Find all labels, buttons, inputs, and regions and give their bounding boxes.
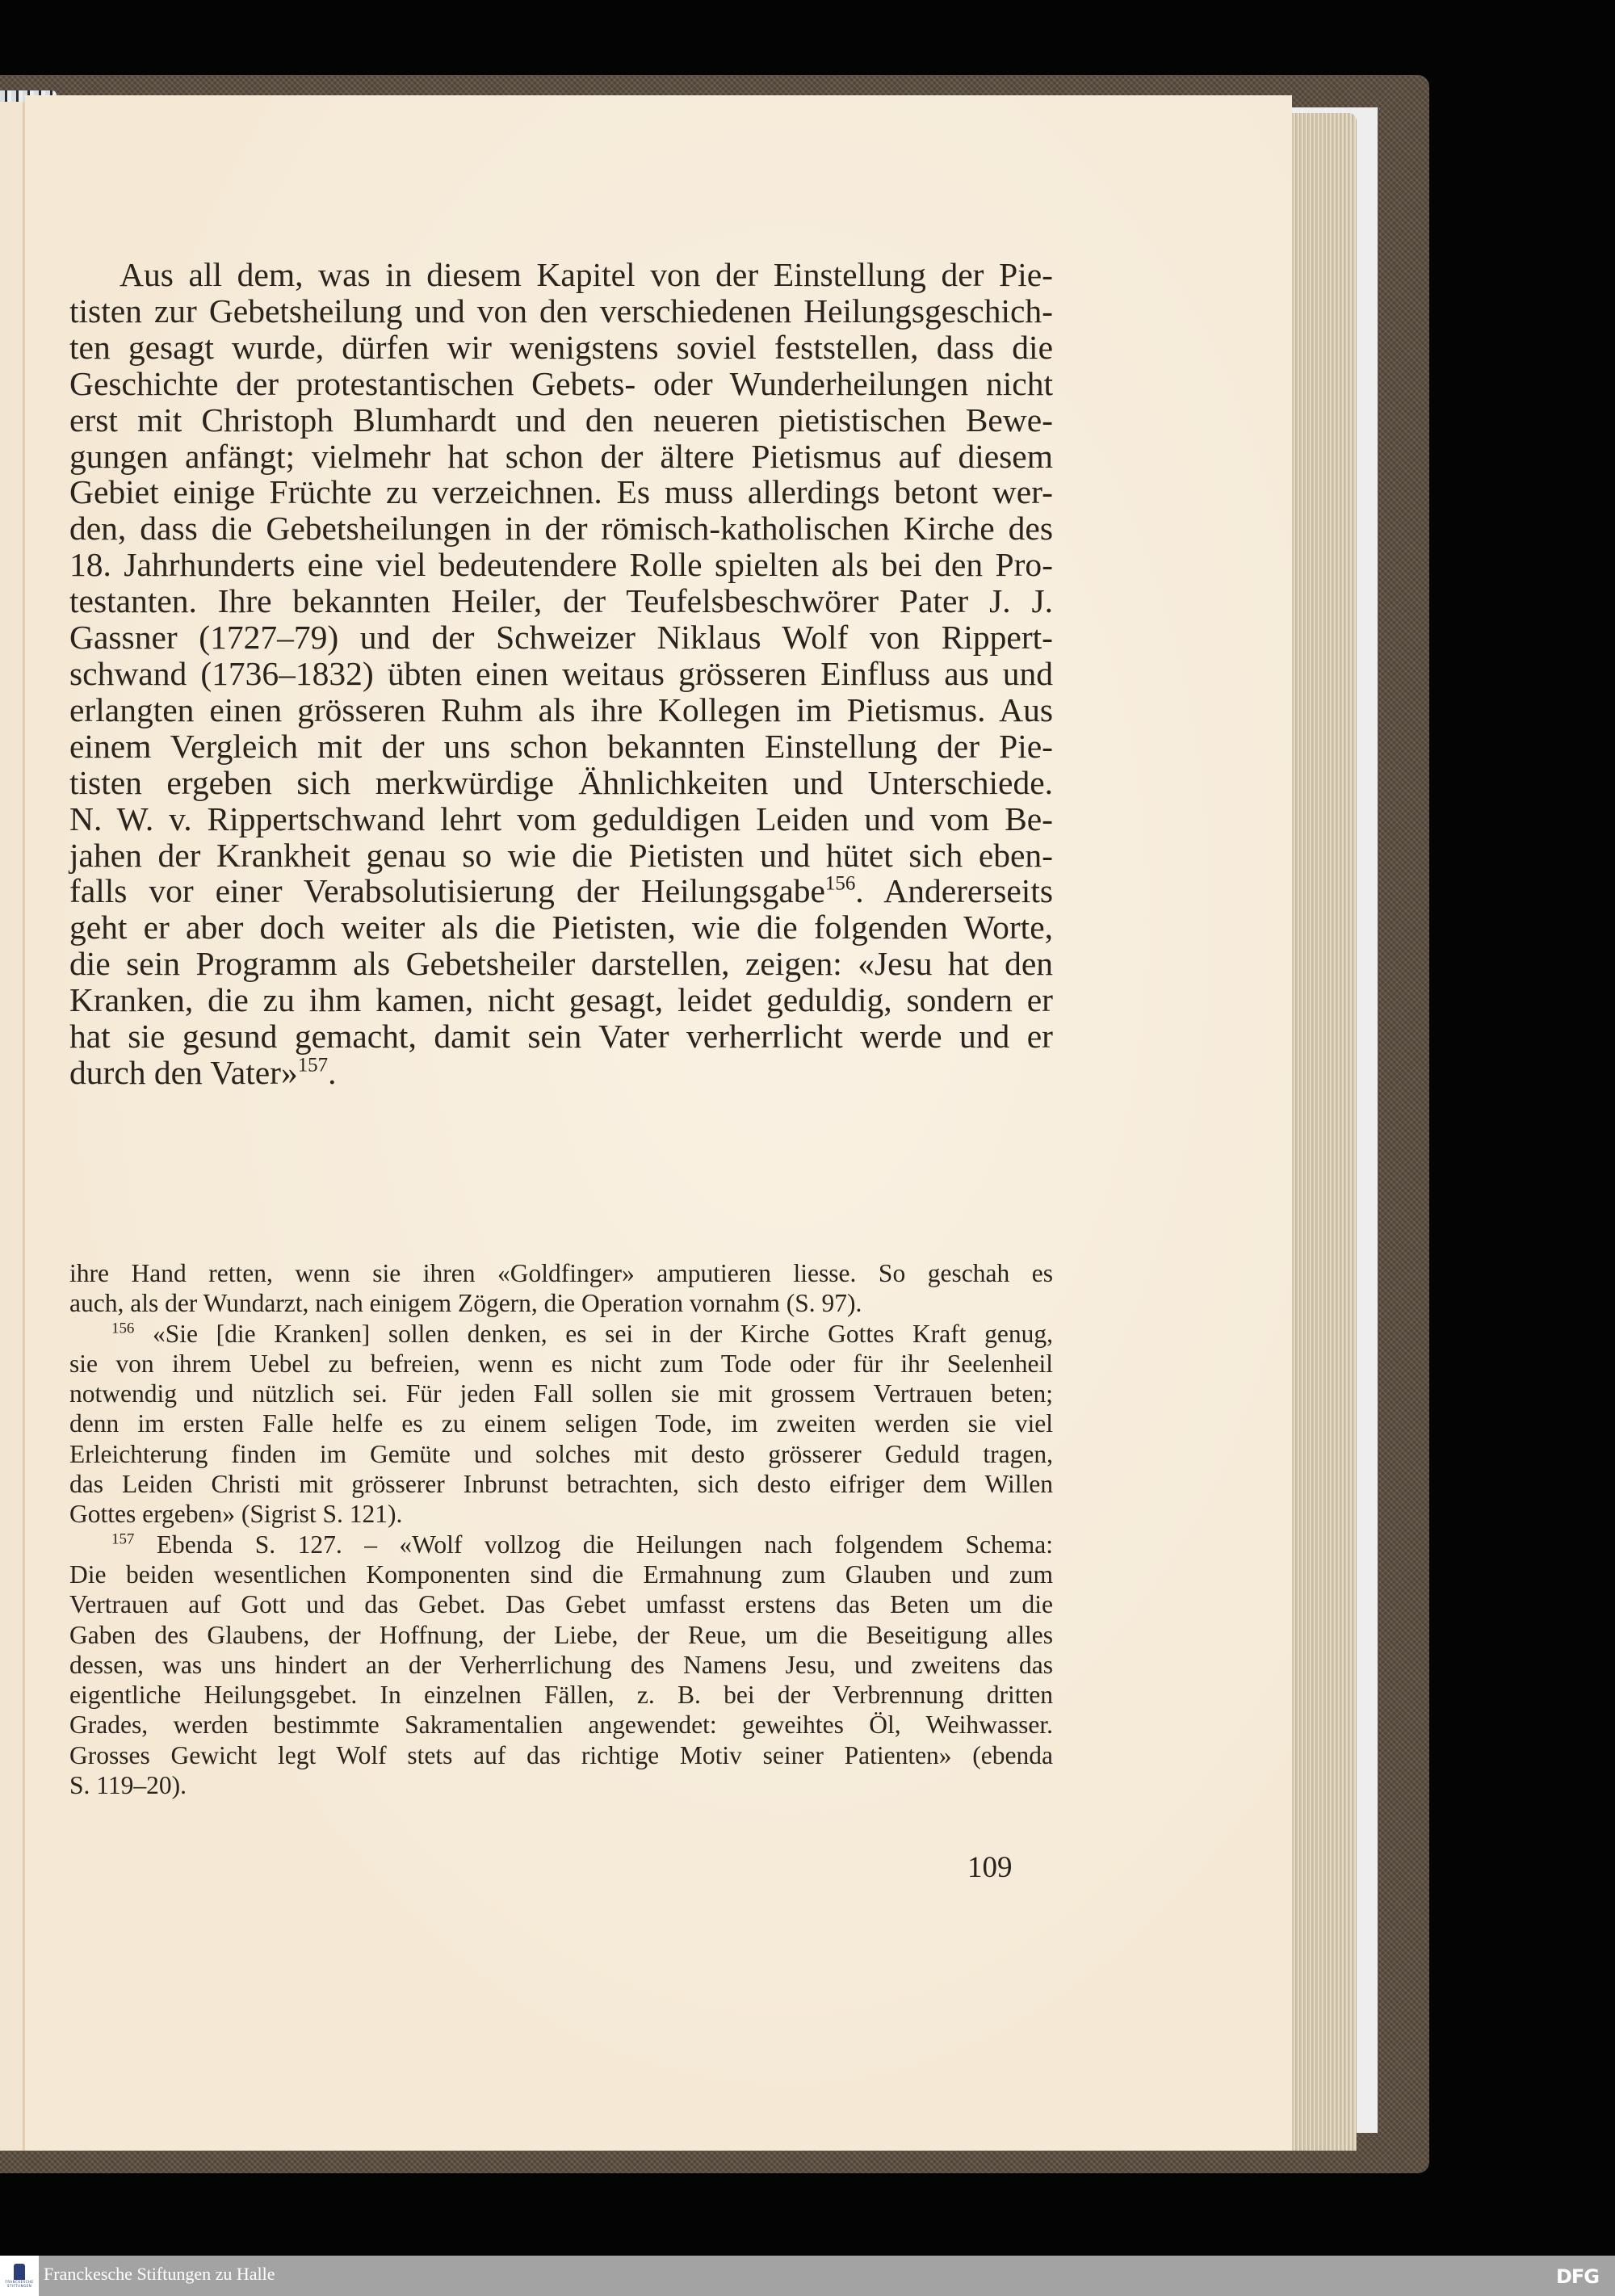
text-line: testanten. Ihre bekannten Heiler, der Te…: [69, 583, 1053, 619]
text-line: falls vor einer Verabsolutisierung der H…: [69, 873, 1053, 909]
institution-name[interactable]: Franckesche Stiftungen zu Halle: [44, 2264, 275, 2285]
footnote-line: Erleichterung finden im Gemüte und solch…: [69, 1439, 1053, 1469]
text-line: tisten ergeben sich merkwürdige Ähnlichk…: [69, 765, 1053, 801]
francke-logo[interactable]: FRANCKESCHE STIFTUNGEN: [0, 2256, 39, 2296]
line-text: . Andererseits: [855, 872, 1053, 909]
book-page: Aus all dem, was in diesem Kapitel von d…: [25, 95, 1292, 2151]
footnote-ref-157[interactable]: 157: [298, 1055, 328, 1077]
statue-icon: [14, 2264, 25, 2280]
footnote-line: das Leiden Christi mit grösserer Inbruns…: [69, 1469, 1053, 1499]
footnote-line: Gottes ergeben» (Sigrist S. 121).: [69, 1499, 1053, 1529]
page-number: 109: [967, 1850, 1013, 1885]
text-line: geht er aber doch weiter als die Pietist…: [69, 909, 1053, 946]
text-line: hat sie gesund gemacht, damit sein Vater…: [69, 1018, 1053, 1055]
text-line: Aus all dem, was in diesem Kapitel von d…: [69, 257, 1053, 293]
line-text: .: [328, 1054, 336, 1091]
text-line: ten gesagt wurde, dürfen wir wenigstens …: [69, 329, 1053, 366]
text-line: gungen anfängt; vielmehr hat schon der ä…: [69, 439, 1053, 475]
footnote-156: 156 «Sie [die Kranken] sollen denken, es…: [69, 1319, 1053, 1349]
footnote-line: eigentliche Heilungsgebet. In einzelnen …: [69, 1680, 1053, 1710]
text-line: Geschichte der protestantischen Gebets- …: [69, 366, 1053, 402]
facing-page-edge: [0, 95, 25, 2151]
footnote-line: auch, als der Wundarzt, nach einigem Zög…: [69, 1288, 1053, 1318]
footnote-line: Vertrauen auf Gott und das Gebet. Das Ge…: [69, 1589, 1053, 1619]
dfg-logo[interactable]: DFG: [1556, 2265, 1599, 2288]
page-edges: [1292, 113, 1357, 2151]
footnote-line: notwendig und nützlich sei. Für jeden Fa…: [69, 1379, 1053, 1408]
text-line: erlangten einen grösseren Ruhm als ihre …: [69, 692, 1053, 728]
footnote-line: Grosses Gewicht legt Wolf stets auf das …: [69, 1740, 1053, 1770]
text-line: N. W. v. Rippertschwand lehrt vom geduld…: [69, 801, 1053, 837]
footnote-line: Grades, werden bestimmte Sakramentalien …: [69, 1710, 1053, 1740]
text-line: die sein Programm als Gebetsheiler darst…: [69, 946, 1053, 982]
line-text: falls vor einer Verabsolutisierung der H…: [69, 872, 825, 909]
logo-caption: STIFTUNGEN: [7, 2284, 31, 2288]
footnote-number: 157: [111, 1530, 134, 1547]
text-line: erst mit Christoph Blumhardt und den neu…: [69, 402, 1053, 439]
footnote-line: S. 119–20).: [69, 1770, 1053, 1800]
body-paragraph: Aus all dem, was in diesem Kapitel von d…: [69, 257, 1053, 1091]
viewer-footer: FRANCKESCHE STIFTUNGEN Franckesche Stift…: [0, 2256, 1615, 2296]
footnotes: ihre Hand retten, wenn sie ihren «Goldfi…: [69, 1258, 1053, 1800]
text-line: jahen der Krankheit genau so wie die Pie…: [69, 837, 1053, 874]
text-line: tisten zur Gebetsheilung und von den ver…: [69, 293, 1053, 329]
text-line: Gassner (1727–79) und der Schweizer Nikl…: [69, 619, 1053, 656]
line-text: «Sie [die Kranken] sollen denken, es sei…: [134, 1320, 1053, 1348]
line-text: Ebenda S. 127. – «Wolf vollzog die Heilu…: [134, 1530, 1053, 1559]
line-text: durch den Vater»: [69, 1054, 298, 1091]
text-line: 18. Jahrhunderts eine viel bedeutendere …: [69, 547, 1053, 583]
footnote-line: ihre Hand retten, wenn sie ihren «Goldfi…: [69, 1258, 1053, 1288]
footnote-line: Gaben des Glaubens, der Hoffnung, der Li…: [69, 1620, 1053, 1650]
text-line: Kranken, die zu ihm kamen, nicht gesagt,…: [69, 982, 1053, 1018]
footnote-line: sie von ihrem Uebel zu befreien, wenn es…: [69, 1349, 1053, 1379]
text-line: einem Vergleich mit der uns schon bekann…: [69, 728, 1053, 765]
footnote-157: 157 Ebenda S. 127. – «Wolf vollzog die H…: [69, 1530, 1053, 1559]
text-line: den, dass die Gebetsheilungen in der röm…: [69, 510, 1053, 547]
text-line: Gebiet einige Früchte zu verzeichnen. Es…: [69, 474, 1053, 510]
footnote-line: denn im ersten Falle helfe es zu einem s…: [69, 1408, 1053, 1438]
text-line: durch den Vater»157.: [69, 1055, 1053, 1091]
text-line: schwand (1736–1832) übten einen weitaus …: [69, 656, 1053, 692]
footnote-ref-156[interactable]: 156: [825, 873, 855, 895]
footnote-number: 156: [111, 1320, 134, 1337]
footnote-line: dessen, was uns hindert an der Verherrli…: [69, 1650, 1053, 1680]
footnote-line: Die beiden wesentlichen Komponenten sind…: [69, 1559, 1053, 1589]
